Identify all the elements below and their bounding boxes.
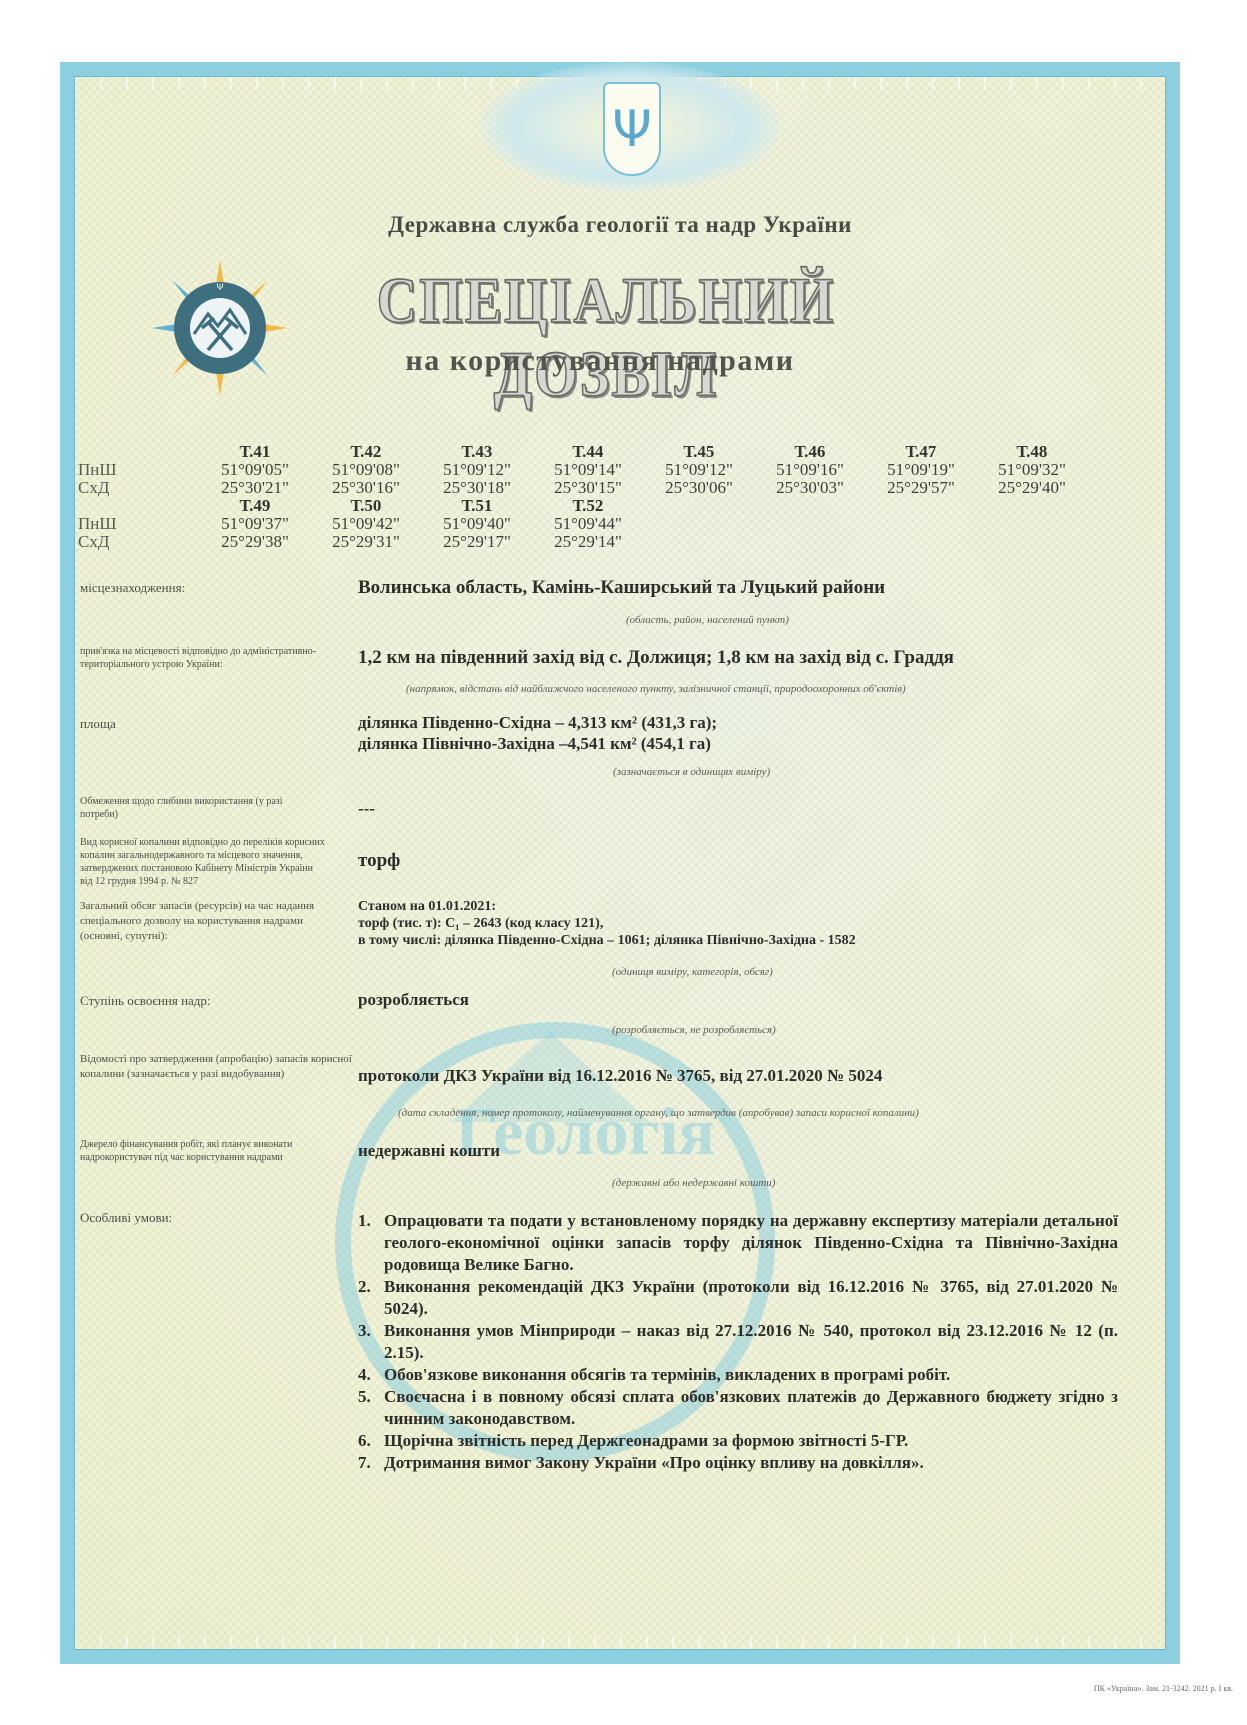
agency-name: Державна служба геології та надр України bbox=[60, 212, 1180, 238]
permit-sheet: Ψ Геологія Державна служба геології та н… bbox=[60, 62, 1180, 1664]
development-value: розробляється bbox=[358, 989, 469, 1010]
depth-value: --- bbox=[358, 798, 375, 819]
point-name: Т.43 bbox=[422, 442, 532, 462]
point-name: Т.51 bbox=[422, 496, 532, 516]
coord-row-lat: ПнШ51°09'37"51°09'42"51°09'40"51°09'44" bbox=[78, 514, 1078, 532]
coord-row-name: Т.49Т.50Т.51Т.52 bbox=[78, 496, 1078, 514]
funding-label: Джерело фінансування робіт, які планує в… bbox=[80, 1138, 330, 1164]
condition-item: 7.Дотримання вимог Закону України «Про о… bbox=[358, 1452, 1118, 1474]
point-name: Т.47 bbox=[866, 442, 976, 462]
area-value-2: ділянка Північно-Західна –4,541 км² (454… bbox=[358, 733, 711, 754]
condition-item: 3.Виконання умов Мінприроди – наказ від … bbox=[358, 1320, 1118, 1364]
condition-text: Опрацювати та подати у встановленому пор… bbox=[384, 1210, 1118, 1276]
point-lon: 25°29'14" bbox=[533, 532, 643, 552]
point-lat: 51°09'19" bbox=[866, 460, 976, 480]
condition-text: Обов'язкове виконання обсягів та терміні… bbox=[384, 1364, 1118, 1386]
approval-value: протоколи ДКЗ України від 16.12.2016 № 3… bbox=[358, 1065, 882, 1086]
document-title: СПЕЦІАЛЬНИЙ ДОЗВІЛ bbox=[296, 264, 916, 411]
funding-hint: (державні або недержавні кошти) bbox=[612, 1177, 775, 1189]
point-lon: 25°29'40" bbox=[977, 478, 1087, 498]
point-lon: 25°29'38" bbox=[200, 532, 310, 552]
point-name: Т.49 bbox=[200, 496, 310, 516]
point-name: Т.41 bbox=[200, 442, 310, 462]
lon-label: СхД bbox=[78, 532, 109, 552]
area-label: площа bbox=[80, 715, 350, 732]
point-lat: 51°09'42" bbox=[311, 514, 421, 534]
condition-number: 6. bbox=[358, 1430, 384, 1452]
point-lon: 25°30'18" bbox=[422, 478, 532, 498]
point-lon: 25°30'16" bbox=[311, 478, 421, 498]
reserves-value-2: торф (тис. т): C₁ – 2643 (код класу 121)… bbox=[358, 915, 603, 933]
lat-label: ПнШ bbox=[78, 514, 117, 534]
conditions-list: 1.Опрацювати та подати у встановленому п… bbox=[358, 1210, 1118, 1474]
condition-item: 5.Своєчасна і в повному обсязі сплата об… bbox=[358, 1386, 1118, 1430]
reserves-hint: (одиниця виміру, категорія, обсяг) bbox=[612, 966, 773, 978]
condition-number: 3. bbox=[358, 1320, 384, 1364]
mineral-value: торф bbox=[358, 850, 400, 871]
point-name: Т.48 bbox=[977, 442, 1087, 462]
point-lat: 51°09'37" bbox=[200, 514, 310, 534]
point-lon: 25°30'06" bbox=[644, 478, 754, 498]
point-lon: 25°30'03" bbox=[755, 478, 865, 498]
trident-icon: Ψ bbox=[603, 82, 661, 176]
point-name: Т.46 bbox=[755, 442, 865, 462]
condition-item: 1.Опрацювати та подати у встановленому п… bbox=[358, 1210, 1118, 1276]
lon-label: СхД bbox=[78, 478, 109, 498]
area-hint: (зазначається в одиницях виміру) bbox=[613, 766, 770, 778]
condition-text: Виконання рекомендацій ДКЗ України (прот… bbox=[384, 1276, 1118, 1320]
condition-text: Своєчасна і в повному обсязі сплата обов… bbox=[384, 1386, 1118, 1430]
point-lat: 51°09'14" bbox=[533, 460, 643, 480]
condition-item: 6.Щорічна звітність перед Держгеонадрами… bbox=[358, 1430, 1118, 1452]
reserves-value-1: Станом на 01.01.2021: bbox=[358, 898, 496, 916]
point-lat: 51°09'32" bbox=[977, 460, 1087, 480]
condition-number: 7. bbox=[358, 1452, 384, 1474]
binding-value: 1,2 км на південний захід від с. Должиця… bbox=[358, 647, 954, 668]
point-lon: 25°29'17" bbox=[422, 532, 532, 552]
funding-value: недержавні кошти bbox=[358, 1140, 500, 1161]
condition-text: Виконання умов Мінприроди – наказ від 27… bbox=[384, 1320, 1118, 1364]
point-name: Т.44 bbox=[533, 442, 643, 462]
point-lat: 51°09'08" bbox=[311, 460, 421, 480]
condition-number: 1. bbox=[358, 1210, 384, 1276]
approval-label: Відомості про затвердження (апробацію) з… bbox=[80, 1052, 355, 1082]
point-lon: 25°30'15" bbox=[533, 478, 643, 498]
point-lat: 51°09'05" bbox=[200, 460, 310, 480]
binding-hint: (напрямок, відстань від найближчого насе… bbox=[406, 683, 906, 695]
mineral-label: Вид корисної копалини відповідно до пере… bbox=[80, 836, 328, 888]
point-name: Т.45 bbox=[644, 442, 754, 462]
condition-text: Дотримання вимог Закону України «Про оці… bbox=[384, 1452, 1118, 1474]
point-name: Т.42 bbox=[311, 442, 421, 462]
point-lat: 51°09'16" bbox=[755, 460, 865, 480]
point-lon: 25°29'57" bbox=[866, 478, 976, 498]
location-label: місцезнаходження: bbox=[80, 579, 350, 596]
development-label: Ступінь освоєння надр: bbox=[80, 992, 350, 1009]
coord-row-lat: ПнШ51°09'05"51°09'08"51°09'12"51°09'14"5… bbox=[78, 460, 1078, 478]
condition-item: 4.Обов'язкове виконання обсягів та термі… bbox=[358, 1364, 1118, 1386]
development-hint: (розробляється, не розробляється) bbox=[612, 1024, 776, 1036]
point-lat: 51°09'12" bbox=[422, 460, 532, 480]
reserves-label: Загальний обсяг запасів (ресурсів) на ча… bbox=[80, 899, 320, 944]
lat-label: ПнШ bbox=[78, 460, 117, 480]
coord-row-lon: СхД25°29'38"25°29'31"25°29'17"25°29'14" bbox=[78, 532, 1078, 550]
area-value-1: ділянка Південно-Східна – 4,313 км² (431… bbox=[358, 712, 717, 733]
svg-text:Ψ: Ψ bbox=[216, 283, 223, 293]
approval-hint: (дата складення, номер протоколу, наймен… bbox=[398, 1107, 919, 1119]
binding-label: прив'язка на місцевості відповідно до ад… bbox=[80, 645, 342, 671]
coord-row-lon: СхД25°30'21"25°30'16"25°30'18"25°30'15"2… bbox=[78, 478, 1078, 496]
depth-label: Обмеження щодо глибини використання (у р… bbox=[80, 795, 312, 821]
conditions-label: Особливі умови: bbox=[80, 1209, 350, 1226]
condition-number: 2. bbox=[358, 1276, 384, 1320]
reserves-value-3: в тому числі: ділянка Південно-Східна – … bbox=[358, 932, 856, 950]
point-lon: 25°30'21" bbox=[200, 478, 310, 498]
point-lat: 51°09'44" bbox=[533, 514, 643, 534]
point-lat: 51°09'12" bbox=[644, 460, 754, 480]
document-subtitle: на користування надрами bbox=[300, 344, 900, 378]
location-value: Волинська область, Камінь-Каширський та … bbox=[358, 577, 885, 598]
point-lat: 51°09'40" bbox=[422, 514, 532, 534]
printer-imprint: ПК «Україна». Зам. 21-3242. 2021 р. I кв… bbox=[1094, 1684, 1233, 1693]
condition-number: 5. bbox=[358, 1386, 384, 1430]
condition-text: Щорічна звітність перед Держгеонадрами з… bbox=[384, 1430, 1118, 1452]
point-name: Т.50 bbox=[311, 496, 421, 516]
condition-number: 4. bbox=[358, 1364, 384, 1386]
point-name: Т.52 bbox=[533, 496, 643, 516]
condition-item: 2.Виконання рекомендацій ДКЗ України (пр… bbox=[358, 1276, 1118, 1320]
coord-row-name: Т.41Т.42Т.43Т.44Т.45Т.46Т.47Т.48 bbox=[78, 442, 1078, 460]
agency-logo: Ψ bbox=[152, 260, 288, 396]
location-hint: (область, район, населений пункт) bbox=[626, 614, 789, 626]
point-lon: 25°29'31" bbox=[311, 532, 421, 552]
